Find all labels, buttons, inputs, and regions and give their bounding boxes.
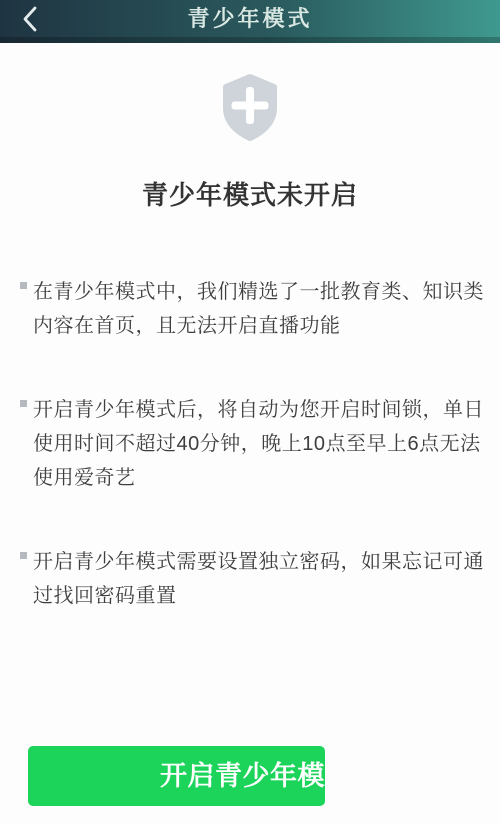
- square-bullet-icon: [20, 552, 27, 559]
- bullet-text-line: 开启青少年模式后，将自动为您开启时间锁，单日: [33, 393, 470, 427]
- list-item: 开启青少年模式需要设置独立密码，如果忘记可通 过找回密码重置: [33, 545, 470, 613]
- bullet-text-line: 使用爱奇艺: [33, 461, 470, 495]
- feature-description-list: 在青少年模式中，我们精选了一批教育类、知识类 内容在首页，且无法开启直播功能 开…: [0, 275, 500, 613]
- status-heading: 青少年模式未开启: [0, 175, 500, 212]
- navbar: 青少年模式: [0, 0, 500, 43]
- bullet-text-line: 开启青少年模式需要设置独立密码，如果忘记可通: [33, 545, 470, 579]
- bullet-text-line: 内容在首页，且无法开启直播功能: [33, 309, 470, 343]
- bullet-text-line: 过找回密码重置: [33, 579, 470, 613]
- list-item: 在青少年模式中，我们精选了一批教育类、知识类 内容在首页，且无法开启直播功能: [33, 275, 470, 343]
- list-item: 开启青少年模式后，将自动为您开启时间锁，单日 使用时间不超过40分钟，晚上10点…: [33, 393, 470, 495]
- square-bullet-icon: [20, 282, 27, 289]
- teen-mode-screen: 青少年模式 青少年模式未开启 在青少年模式中，我们精选了一批教育类、知识类 内容…: [0, 0, 500, 824]
- enable-teen-mode-button-label: 开启青少年模式: [28, 746, 325, 806]
- page-title: 青少年模式: [0, 0, 500, 37]
- square-bullet-icon: [20, 400, 27, 407]
- bullet-text-line: 在青少年模式中，我们精选了一批教育类、知识类: [33, 275, 470, 309]
- shield-plus-icon: [217, 73, 283, 148]
- plus-vertical-bar: [246, 87, 254, 124]
- enable-teen-mode-button[interactable]: 开启青少年模式: [28, 746, 325, 806]
- bullet-text-line: 使用时间不超过40分钟，晚上10点至早上6点无法: [33, 427, 470, 461]
